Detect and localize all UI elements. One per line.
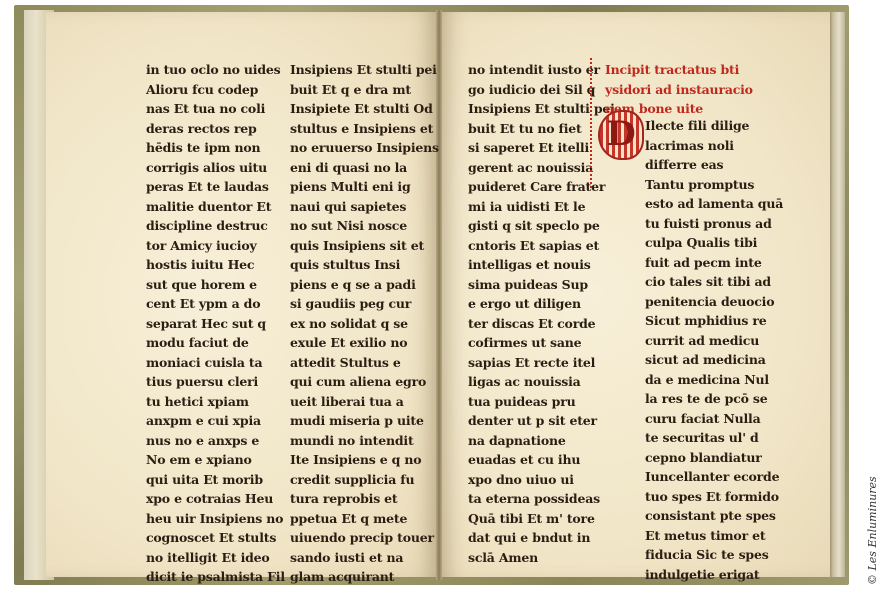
manuscript-line: quis Insipiens sit et [290, 236, 439, 256]
manuscript-line: dicit ie psalmista Fil [146, 567, 285, 587]
manuscript-line: cntoris Et sapias et [468, 236, 615, 256]
manuscript-line: tius puersu cleri [146, 372, 285, 392]
manuscript-line: euadas et cu ihu [468, 450, 615, 470]
manuscript-line: te securitas ul' d [645, 428, 783, 448]
manuscript-line: tu hetici xpiam [146, 392, 285, 412]
copyright-notice: © Les Enluminures [866, 476, 879, 585]
manuscript-line: Ite Insipiens e q no [290, 450, 439, 470]
right-page-column-2: Ilecte fili diligelacrimas nolidifferre … [645, 116, 783, 584]
manuscript-line: uiuendo precip touer [290, 528, 439, 548]
manuscript-line: consistant pte spes [645, 506, 783, 526]
manuscript-line: culpa Qualis tibi [645, 233, 783, 253]
manuscript-line: mudi miseria p uite [290, 411, 439, 431]
manuscript-line: deras rectos rep [146, 119, 285, 139]
left-page-column-2: Insipiens Et stulti peibuit Et q e dra m… [290, 60, 439, 587]
manuscript-line: fiducia Sic te spes [645, 545, 783, 565]
manuscript-line: sando iusti et na [290, 548, 439, 568]
manuscript-line: dat qui e bndut in [468, 528, 615, 548]
manuscript-line: glam acquirant [290, 567, 439, 587]
manuscript-line: naui qui sapietes [290, 197, 439, 217]
manuscript-line: ligas ac nouissia [468, 372, 615, 392]
manuscript-line: sut que horem e [146, 275, 285, 295]
manuscript-line: stultus e Insipiens et [290, 119, 439, 139]
manuscript-line: exule Et exilio no [290, 333, 439, 353]
manuscript-line: piens Multi eni ig [290, 177, 439, 197]
manuscript-line: esto ad lamenta quā [645, 194, 783, 214]
manuscript-line: quis stultus Insi [290, 255, 439, 275]
manuscript-line: e ergo ut diligen [468, 294, 615, 314]
manuscript-line: tura reprobis et [290, 489, 439, 509]
manuscript-line: ueit liberai tua a [290, 392, 439, 412]
manuscript-line: no eruuerso Insipiens [290, 138, 439, 158]
manuscript-line: no sut Nisi nosce [290, 216, 439, 236]
manuscript-line: modu faciut de [146, 333, 285, 353]
manuscript-line: ex no solidat q se [290, 314, 439, 334]
manuscript-line: cio tales sit tibi ad [645, 272, 783, 292]
illuminated-initial: D [598, 110, 644, 160]
manuscript-line: sapias Et recte itel [468, 353, 615, 373]
manuscript-line: indulgetie erigat [645, 565, 783, 585]
manuscript-line: mundi no intendit [290, 431, 439, 451]
manuscript-line: cent Et ypm a do [146, 294, 285, 314]
manuscript-line: No em e xpiano [146, 450, 285, 470]
manuscript-line: xpo e cotraias Heu [146, 489, 285, 509]
manuscript-line: Iuncellanter ecorde [645, 467, 783, 487]
manuscript-line: Et metus timor et [645, 526, 783, 546]
manuscript-line: corrigis alios uitu [146, 158, 285, 178]
manuscript-line: no itelligit Et ideo [146, 548, 285, 568]
manuscript-line: sclā Amen [468, 548, 615, 568]
rubric-line: ysidori ad instauracio [605, 80, 753, 100]
manuscript-line: Tantu promptus [645, 175, 783, 195]
manuscript-line: tu fuisti pronus ad [645, 214, 783, 234]
manuscript-line: fuit ad pecm inte [645, 253, 783, 273]
manuscript-line: na dapnatione [468, 431, 615, 451]
manuscript-line: anxpm e cui xpia [146, 411, 285, 431]
left-page-column-1: in tuo oclo no uidesAlioru fcu codepnas … [146, 60, 285, 587]
manuscript-line: cepno blandiatur [645, 448, 783, 468]
manuscript-line: cofirmes ut sane [468, 333, 615, 353]
manuscript-line: credit supplicia fu [290, 470, 439, 490]
manuscript-line: separat Hec sut q [146, 314, 285, 334]
manuscript-line: denter ut p sit eter [468, 411, 615, 431]
manuscript-line: nas Et tua no coli [146, 99, 285, 119]
manuscript-line: buit Et q e dra mt [290, 80, 439, 100]
manuscript-line: sicut ad medicina [645, 350, 783, 370]
rubric-line: Incipit tractatus bti [605, 60, 753, 80]
manuscript-line: in tuo oclo no uides [146, 60, 285, 80]
manuscript-line: Ilecte fili dilige [645, 116, 783, 136]
manuscript-line: Insipiete Et stulti Od [290, 99, 439, 119]
manuscript-line: Alioru fcu codep [146, 80, 285, 100]
manuscript-line: cognoscet Et stults [146, 528, 285, 548]
manuscript-line: xpo dno uiuo ui [468, 470, 615, 490]
manuscript-line: hostis iuitu Hec [146, 255, 285, 275]
manuscript-line: heu uir Insipiens no [146, 509, 285, 529]
manuscript-line: moniaci cuisla ta [146, 353, 285, 373]
manuscript-line: tor Amicy iucioy [146, 236, 285, 256]
manuscript-line: si gaudiis peg cur [290, 294, 439, 314]
manuscript-line: hēdis te ipm non [146, 138, 285, 158]
manuscript-line: lacrimas noli [645, 136, 783, 156]
manuscript-line: sima puideas Sup [468, 275, 615, 295]
manuscript-line: ta eterna possideas [468, 489, 615, 509]
manuscript-line: nus no e anxps e [146, 431, 285, 451]
manuscript-line: intelligas et nouis [468, 255, 615, 275]
manuscript-line: la res te de pcō se [645, 389, 783, 409]
manuscript-line: peras Et te laudas [146, 177, 285, 197]
manuscript-line: penitencia deuocio [645, 292, 783, 312]
manuscript-line: mi ia uidisti Et le [468, 197, 615, 217]
manuscript-line: Sicut mphidius re [645, 311, 783, 331]
manuscript-line: Insipiens Et stulti pei [290, 60, 439, 80]
manuscript-line: piens e q se a padi [290, 275, 439, 295]
manuscript-line: differre eas [645, 155, 783, 175]
manuscript-line: qui cum aliena egro [290, 372, 439, 392]
manuscript-line: eni di quasi no la [290, 158, 439, 178]
manuscript-line: Quā tibi Et m' tore [468, 509, 615, 529]
manuscript-line: gisti q sit speclo pe [468, 216, 615, 236]
manuscript-line: da e medicina Nul [645, 370, 783, 390]
manuscript-line: qui uita Et morib [146, 470, 285, 490]
manuscript-line: malitie duentor Et [146, 197, 285, 217]
manuscript-line: ppetua Et q mete [290, 509, 439, 529]
manuscript-line: attedit Stultus e [290, 353, 439, 373]
manuscript-line: ter discas Et corde [468, 314, 615, 334]
manuscript-line: tuo spes Et formido [645, 487, 783, 507]
manuscript-line: tua puideas pru [468, 392, 615, 412]
manuscript-line: currit ad medicu [645, 331, 783, 351]
manuscript-line: discipline destruc [146, 216, 285, 236]
manuscript-line: curu faciat Nulla [645, 409, 783, 429]
